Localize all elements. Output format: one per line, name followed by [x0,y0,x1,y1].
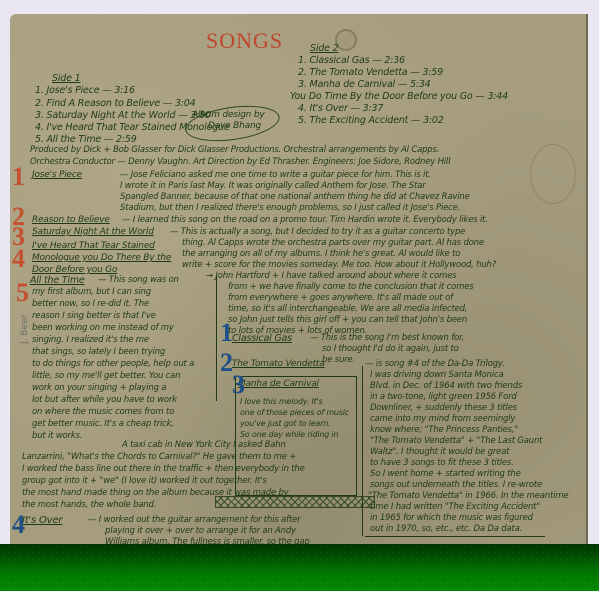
note-line: playing it over + over to arrange it for… [105,527,296,536]
note-label-classical-gas: Classical Gas [232,334,292,344]
note-line: I love this melody. It's [240,398,323,406]
track-row: 5. All the Time — 2:59 [35,135,137,145]
note-line: → John Hartford + I have talked around a… [206,272,456,281]
album-cover: SONGS Side 1 1. Jose's Piece — 3:16 2. F… [10,14,588,554]
note-line: so I thought I'd do it again, just to [322,345,459,354]
note-line: so John just tells this girl off + you c… [228,316,467,325]
note-line: Stadium, but then I realized there's eno… [120,204,460,213]
side2-marker-4: 4 [12,512,25,538]
divider-line [365,536,545,537]
side2-marker-3: 3 [232,372,245,398]
note-line: — Jose Feliciano asked me one time to wr… [120,171,431,180]
water-stain [530,144,576,204]
note-line: the arranging on all of my albums. I thi… [182,250,460,259]
note-label-its-over: It's Over [22,516,62,526]
note-line: I wrote it in Paris last May. It was ori… [120,182,426,191]
note-line: that sings, so lately I been trying [32,348,165,357]
note-line: "The Tomato Vendetta" in 1966. In the me… [368,492,568,501]
note-line: you've just got to learn. [240,420,330,428]
note-line: A taxi cab in New York City I asked Bahn [122,441,286,450]
note-line: — This song was on [98,276,179,285]
credits-producer: Produced by Dick + Bob Glasser for Dick … [30,146,439,155]
crosshatch-scribble [215,496,375,508]
note-line: time I had written "The Exciting Acciden… [370,503,540,512]
note-line: Lanzarrini, "What's the Chords to Carniv… [22,453,296,462]
green-footer-bar [0,544,599,591]
note-line: little, so my me'll get better. You can [32,372,180,381]
track-row: 5. The Exciting Accident — 3:02 [298,116,444,126]
note-label-tear: I've Heard That Tear Stained Monologue y… [32,240,177,276]
side2-marker-1: 1 [220,320,233,346]
track-row: 2. The Tomato Vendetta — 3:59 [298,68,443,78]
note-line: So I went home + started writing the [370,470,521,479]
track-row: 2. Find A Reason to Believe — 3:04 [35,99,195,109]
note-line: get better music. It's a cheap trick, [32,420,174,429]
note-line: Waltz". I thought it would be great [370,448,509,457]
note-line: — I learned this song on the road on a p… [122,216,488,225]
note-label-jose: Jose's Piece [32,171,82,180]
side1-marker-4: 4 [12,246,25,272]
credits-orchestra: Orchestra Conductor — Denny Vaughn. Art … [30,158,450,167]
note-line: reason I sing better is that I've [32,312,156,321]
track-row: You Do Time By the Door Before you Go — … [290,92,508,102]
note-line: been working on me instead of my [32,324,174,333]
side2-heading: Side 2 [310,44,338,54]
note-line: work on your singing + playing a [32,384,166,393]
note-line: from everywhere + goes anywhere. It's al… [228,294,453,303]
note-line: singing. I realized it's the me [32,336,149,345]
note-line: time, so it's all interchangeable. We ar… [228,305,467,314]
note-label-reason: Reason to Believe [32,216,110,225]
note-label-saturday: Saturday Night At the World [32,228,154,237]
note-line: to have 3 songs to fit these 3 titles. [370,459,514,468]
side1-heading: Side 1 [52,74,80,84]
note-line: group got into it + "we" (I love it) wor… [22,477,267,486]
note-label-tomato: The Tomato Vendetta [232,360,325,369]
note-line: songs out underneath the titles. I re-wr… [370,481,542,490]
track-row: 4. It's Over — 3:37 [298,104,383,114]
note-line: out in 1970, so, etc., etc. Da Da data. [370,525,522,534]
note-line: So one day while riding in [240,431,338,439]
note-line: lot but after while you have to work [32,396,177,405]
album-designer-name: Dave Bhang [208,122,261,131]
album-design-credit: Album design by [192,111,264,120]
track-row: 3. Saturday Night At the World — 3:50 [35,111,211,121]
album-title: SONGS [206,28,283,54]
side1-marker-1: 1 [12,164,25,190]
note-line: — is song #4 of the Da-Da Trilogy. [365,360,504,369]
signature: J. Beer [20,315,30,344]
note-line: Spangled Banner, because of that one nat… [120,193,470,202]
note-line: Blvd. in Dec. of 1964 with two friends [370,382,522,391]
note-line: one of those pieces of music [240,409,349,417]
note-line: but it works. [32,432,82,441]
note-line: write + score for the movies someday. Me… [182,261,496,270]
note-line: came into my mind from seemingly [370,415,515,424]
note-line: be sure. [322,356,355,365]
side1-marker-5: 5 [16,280,29,306]
note-line: I was driving down Santa Monica [370,371,503,380]
note-line: thing. Al Capps wrote the orchestra part… [182,239,484,248]
note-line: on where the music comes from to [32,408,174,417]
note-line: — This is actually a song, but I decided… [170,228,465,237]
note-line: better now, so I re-did it. The [32,300,149,309]
note-line: from + we have finally come to the concl… [228,283,473,292]
note-line: in 1965 for which the music was figured [370,514,533,523]
note-label-all-the-time: All the Time [30,276,85,286]
note-label-manha: Manha de Carnival [238,380,319,389]
note-line: to do things for other people, help out … [32,360,194,369]
track-row: 1. Jose's Piece — 3:16 [35,86,135,96]
note-line: I worked the bass line out there in the … [22,465,305,474]
note-line: "The Tomato Vendetta" + "The Last Gaunt [370,437,542,446]
divider-line [362,366,363,536]
note-line: my first album, but I can sing [32,288,151,297]
note-line: the most hands, the whole band. [22,501,156,510]
track-row: 1. Classical Gas — 2:36 [298,56,405,66]
track-row: 3. Manha de Carnival — 5:34 [298,80,431,90]
note-line: know where; "The Princess Panties," [370,426,518,435]
divider-line [216,276,217,401]
note-line: — This is the song I'm best known for, [310,334,464,343]
note-line: Downliner, + suddenly these 3 titles [370,404,517,413]
note-line: in a two-tone, light green 1956 Ford [370,393,517,402]
note-line: — I worked out the guitar arrangement fo… [88,516,300,525]
